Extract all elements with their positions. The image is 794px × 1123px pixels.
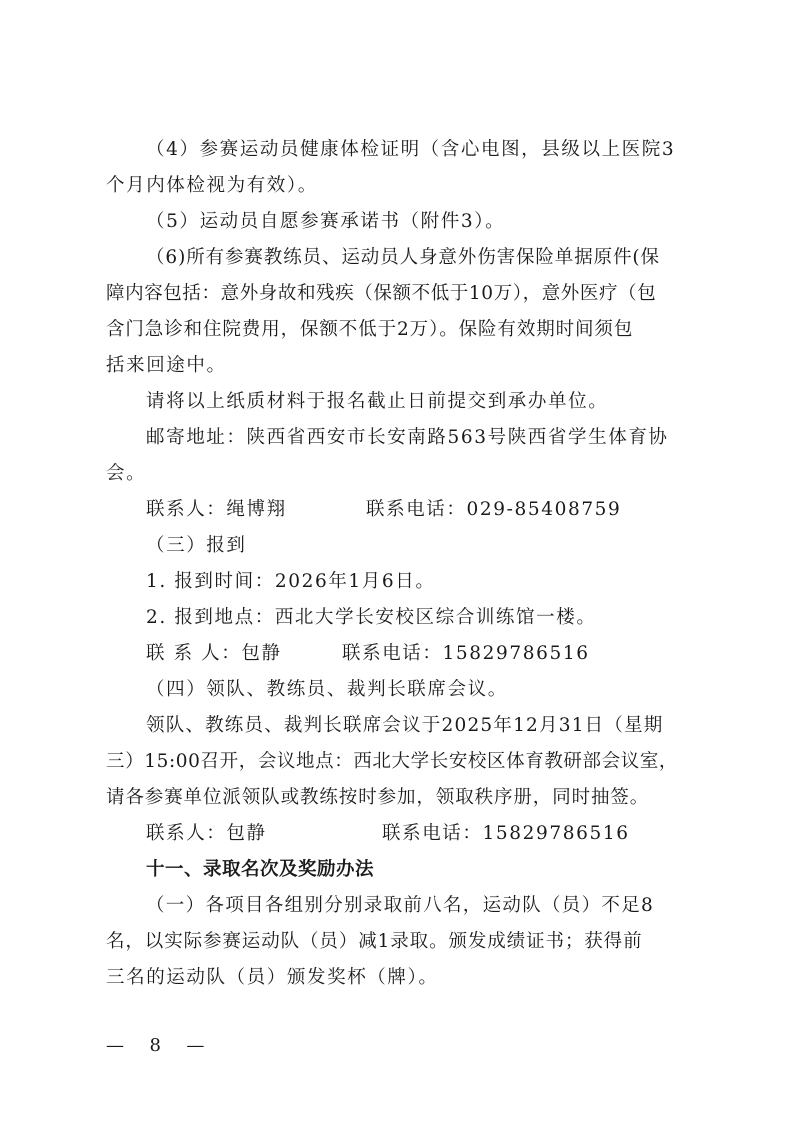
paragraph-line: （5）运动员自愿参赛承诺书（附件3）。 — [106, 204, 691, 240]
paragraph-line: 障内容包括：意外身故和残疾（保额不低于10万），意外医疗（包 — [106, 276, 691, 312]
contact-name: 联系人：绳博翔 — [146, 492, 366, 528]
paragraph-line: 会。 — [106, 456, 691, 492]
registration-time: 1. 报到时间：2026年1月6日。 — [106, 564, 691, 600]
paragraph-line: 括来回途中。 — [106, 348, 691, 384]
footer-dash-left: — — [106, 1035, 124, 1056]
paragraph-line: 三）15:00召开，会议地点：西北大学长安校区体育教研部会议室， — [106, 744, 691, 780]
paragraph-line: 请各参赛单位派领队或教练按时参加，领取秩序册，同时抽签。 — [106, 780, 691, 816]
contact-phone: 联系电话：15829786516 — [382, 816, 630, 852]
registration-title: （三）报到 — [106, 528, 691, 564]
paragraph-line: 领队、教练员、裁判长联席会议于2025年12月31日（星期 — [106, 708, 691, 744]
contact-phone: 联系电话：15829786516 — [342, 636, 590, 672]
paragraph-line: 名，以实际参赛运动队（员）减1录取。颁发成绩证书；获得前 — [106, 924, 691, 960]
contact-phone: 联系电话：029-85408759 — [366, 492, 621, 528]
paragraph-line: （4）参赛运动员健康体检证明（含心电图，县级以上医院3 — [106, 132, 691, 168]
paragraph-line: （一）各项目各组别分别录取前八名，运动队（员）不足8 — [106, 888, 691, 924]
paragraph-line: 含门急诊和住院费用，保额不低于2万）。保险有效期时间须包 — [106, 312, 691, 348]
contact-row: 联系人：包静 联系电话：15829786516 — [106, 816, 691, 852]
section-heading: 十一、录取名次及奖励办法 — [106, 852, 691, 888]
page-footer: — 8 — — [106, 1035, 204, 1056]
contact-row: 联 系 人：包静 联系电话：15829786516 — [106, 636, 691, 672]
page-number: 8 — [149, 1035, 160, 1056]
paragraph-line: 邮寄地址：陕西省西安市长安南路563号陕西省学生体育协 — [106, 420, 691, 456]
document-page: （4）参赛运动员健康体检证明（含心电图，县级以上医院3 个月内体检视为有效）。 … — [106, 132, 691, 996]
contact-name: 联系人：包静 — [146, 816, 382, 852]
contact-name: 联 系 人：包静 — [146, 636, 342, 672]
paragraph-line: 三名的运动队（员）颁发奖杯（牌）。 — [106, 960, 691, 996]
paragraph-line: 个月内体检视为有效）。 — [106, 168, 691, 204]
registration-place: 2. 报到地点：西北大学长安校区综合训练馆一楼。 — [106, 600, 691, 636]
paragraph-line: （6)所有参赛教练员、运动员人身意外伤害保险单据原件(保 — [106, 240, 691, 276]
paragraph-line: 请将以上纸质材料于报名截止日前提交到承办单位。 — [106, 384, 691, 420]
footer-dash-right: — — [186, 1035, 204, 1056]
contact-row: 联系人：绳博翔 联系电话：029-85408759 — [106, 492, 691, 528]
meeting-title: （四）领队、教练员、裁判长联席会议。 — [106, 672, 691, 708]
